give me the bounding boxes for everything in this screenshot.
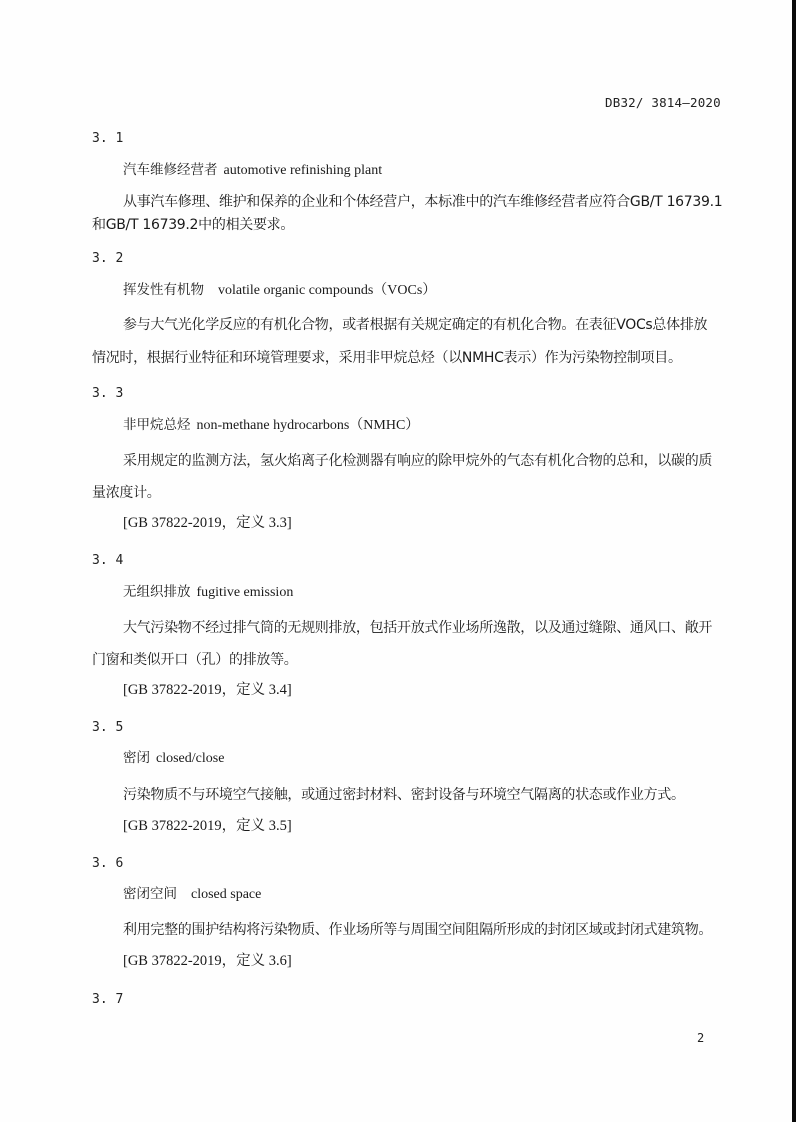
reference-citation: [GB 37822-2019，定义 3.6]: [123, 952, 292, 970]
term-zh: 无组织排放: [123, 584, 191, 600]
reference-citation: [GB 37822-2019，定义 3.4]: [123, 681, 292, 699]
definition-line: 参与大气光化学反应的有机化合物，或者根据有关规定确定的有机化合物。在表征VOCs…: [123, 316, 707, 334]
term-en: volatile organic compounds（VOCs）: [218, 283, 436, 298]
term-zh: 汽车维修经营者: [123, 162, 218, 178]
definition-line: 从事汽车修理、维护和保养的企业和个体经营户，本标准中的汽车维修经营者应符合GB/…: [123, 193, 722, 211]
page-edge-border: [792, 0, 796, 1122]
term-en: closed space: [191, 887, 261, 902]
reference-citation: [GB 37822-2019，定义 3.5]: [123, 817, 292, 835]
definition-line: 门窗和类似开口（孔）的排放等。: [92, 651, 298, 669]
definition-line: 和GB/T 16739.2中的相关要求。: [92, 216, 294, 234]
term-en: automotive refinishing plant: [224, 163, 383, 178]
section-number: 3. 1: [92, 130, 123, 148]
section-number: 3. 5: [92, 719, 123, 737]
section-number: 3. 2: [92, 250, 123, 268]
term-zh: 挥发性有机物: [123, 282, 204, 298]
term-zh: 密闭空间: [123, 886, 177, 902]
page-number: 2: [697, 1031, 704, 1045]
section-number: 3. 3: [92, 385, 123, 403]
definition-line: 污染物质不与环境空气接触，或通过密封材料、密封设备与环境空气隔离的状态或作业方式…: [123, 786, 685, 804]
definition-line: 情况时，根据行业特征和环境管理要求，采用非甲烷总烃（以NMHC表示）作为污染物控…: [92, 349, 682, 367]
reference-citation: [GB 37822-2019，定义 3.3]: [123, 514, 292, 532]
section-number: 3. 4: [92, 552, 123, 570]
term-en: fugitive emission: [197, 585, 294, 600]
standard-code: DB32/ 3814—2020: [605, 95, 721, 110]
term-en: closed/close: [156, 751, 224, 766]
term-heading: 挥发性有机物volatile organic compounds（VOCs）: [123, 281, 436, 300]
definition-line: 大气污染物不经过排气筒的无规则排放，包括开放式作业场所逸散，以及通过缝隙、通风口…: [123, 619, 712, 637]
definition-line: 利用完整的围护结构将污染物质、作业场所等与周围空间阻隔所形成的封闭区域或封闭式建…: [123, 921, 712, 939]
section-number: 3. 7: [92, 991, 123, 1009]
definition-line: 量浓度计。: [92, 484, 161, 502]
term-heading: 密闭空间closed space: [123, 885, 261, 904]
definition-line: 采用规定的监测方法，氢火焰离子化检测器有响应的除甲烷外的气态有机化合物的总和，以…: [123, 452, 712, 470]
term-heading: 非甲烷总烃non-methane hydrocarbons（NMHC）: [123, 416, 419, 435]
term-zh: 密闭: [123, 750, 150, 766]
term-zh: 非甲烷总烃: [123, 417, 191, 433]
term-en: non-methane hydrocarbons（NMHC）: [197, 418, 420, 433]
document-page: DB32/ 3814—2020 3. 1 汽车维修经营者automotive r…: [0, 0, 792, 1122]
term-heading: 密闭closed/close: [123, 749, 224, 768]
term-heading: 汽车维修经营者automotive refinishing plant: [123, 161, 382, 180]
term-heading: 无组织排放fugitive emission: [123, 583, 293, 602]
section-number: 3. 6: [92, 855, 123, 873]
